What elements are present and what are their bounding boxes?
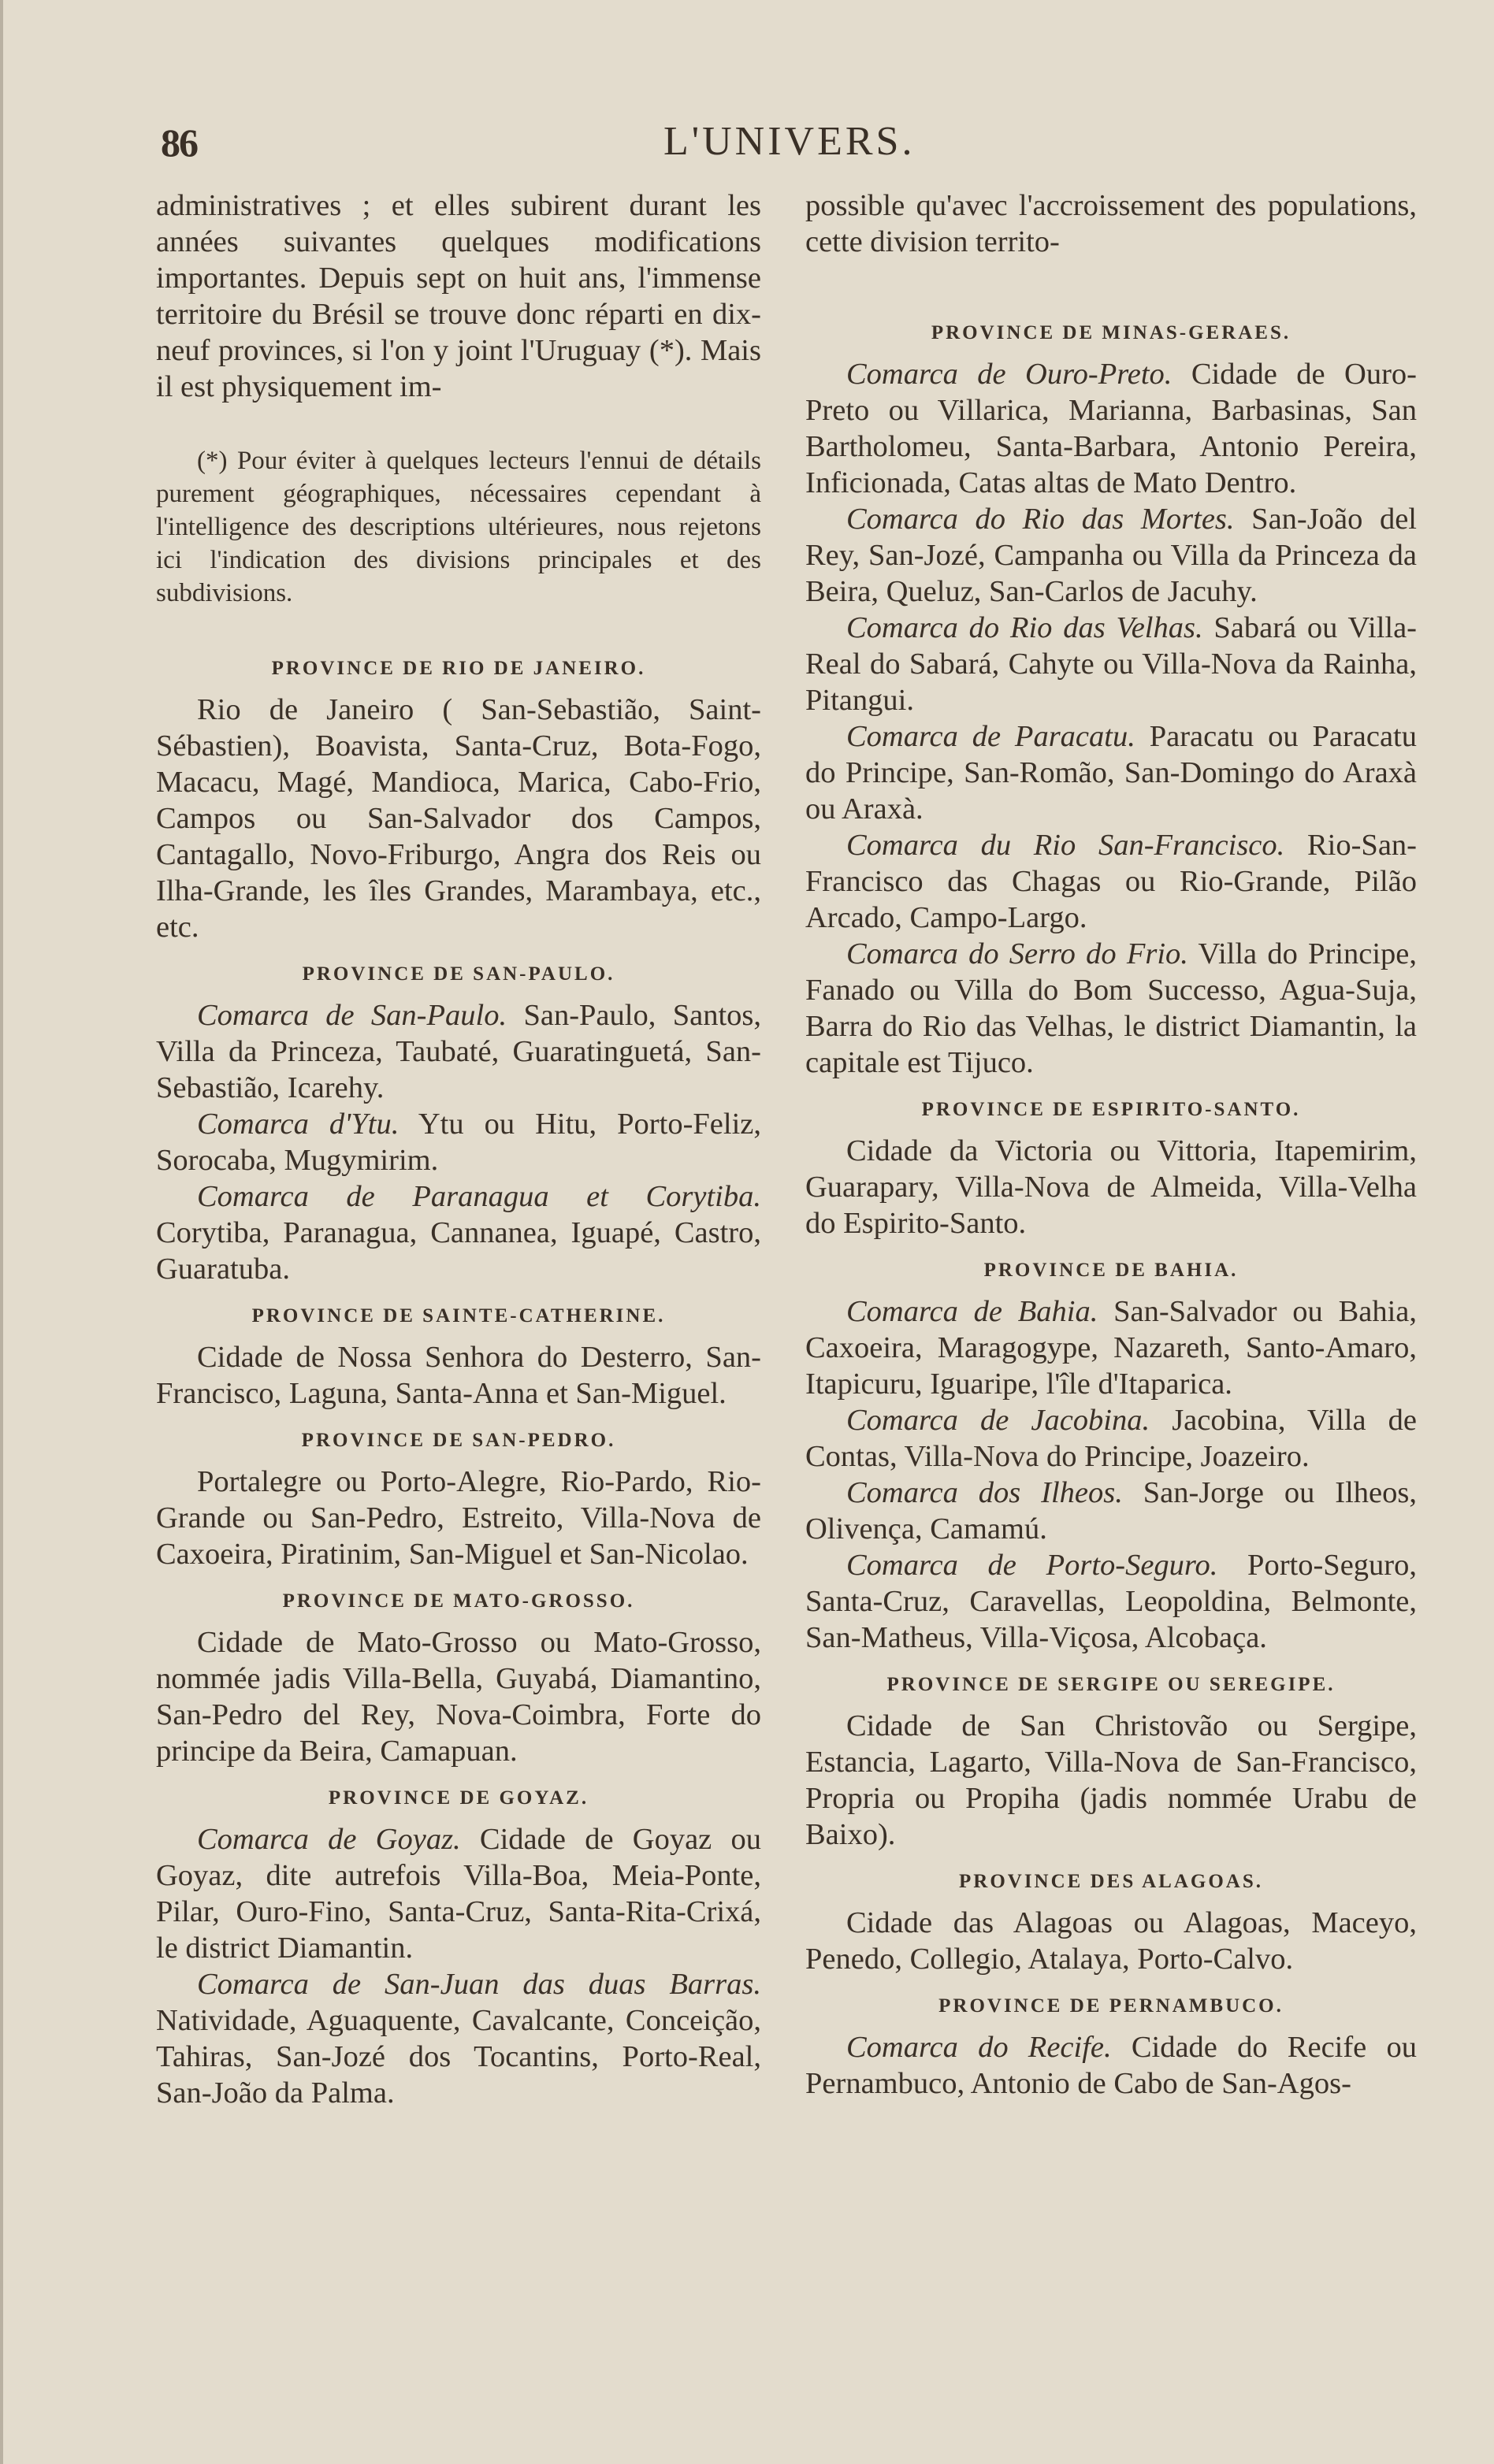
comarca-name: Comarca dos Ilheos. — [846, 1476, 1123, 1509]
province-entry: Comarca do Rio das Mortes. San-João del … — [805, 501, 1417, 610]
place-list: Cidade da Victoria ou Vittoria, Itapemir… — [805, 1134, 1417, 1240]
province-entry: Cidade da Victoria ou Vittoria, Itapemir… — [805, 1133, 1417, 1241]
page-edge — [0, 0, 3, 2464]
province-heading: PROVINCE DE ESPIRITO-SANTO. — [805, 1097, 1417, 1123]
comarca-name: Comarca de Jacobina. — [846, 1404, 1150, 1437]
province-entry: Comarca d'Ytu. Ytu ou Hitu, Porto-Feliz,… — [156, 1106, 761, 1178]
place-list: Portalegre ou Porto-Alegre, Rio-Pardo, R… — [156, 1465, 761, 1571]
province-heading: PROVINCE DE GOYAZ. — [156, 1785, 761, 1812]
intro-paragraph: possible qu'avec l'accroissement des pop… — [805, 187, 1417, 260]
province-entry: Comarca do Serro do Frio. Villa do Princ… — [805, 936, 1417, 1081]
left-sections: PROVINCE DE RIO DE JANEIRO.Rio de Janeir… — [156, 655, 761, 2111]
comarca-name: Comarca d'Ytu. — [197, 1108, 399, 1141]
province-entry: Cidade das Alagoas ou Alagoas, Maceyo, P… — [805, 1905, 1417, 1977]
comarca-name: Comarca de Paranagua et Corytiba. — [197, 1180, 761, 1213]
place-list: Cidade de Mato-Grosso ou Mato-Grosso, no… — [156, 1626, 761, 1768]
spacer — [805, 260, 1417, 304]
province-entry: Rio de Janeiro ( San-Sebastião, Saint-Sé… — [156, 692, 761, 945]
province-heading: PROVINCE DE SERGIPE OU SEREGIPE. — [805, 1672, 1417, 1698]
comarca-name: Comarca de San-Juan das duas Barras. — [197, 1968, 761, 2001]
page-number: 86 — [161, 120, 197, 165]
comarca-name: Comarca de Goyaz. — [197, 1823, 461, 1856]
province-heading: PROVINCE DE RIO DE JANEIRO. — [156, 655, 761, 682]
province-heading: PROVINCE DE SAINTE-CATHERINE. — [156, 1303, 761, 1330]
comarca-name: Comarca de Porto-Seguro. — [846, 1549, 1217, 1582]
running-title: L'UNIVERS. — [663, 118, 915, 165]
province-entry: Comarca de Paranagua et Corytiba. Coryti… — [156, 1178, 761, 1287]
province-heading: PROVINCE DE MATO-GROSSO. — [156, 1588, 761, 1615]
province-heading: PROVINCE DE PERNAMBUCO. — [805, 1993, 1417, 2020]
comarca-name: Comarca de San-Paulo. — [197, 999, 507, 1032]
province-entry: Comarca de Bahia. San-Salvador ou Bahia,… — [805, 1293, 1417, 1402]
right-column: possible qu'avec l'accroissement des pop… — [805, 187, 1417, 2102]
province-entry: Comarca de Jacobina. Jacobina, Villa de … — [805, 1402, 1417, 1475]
comarca-name: Comarca do Recife. — [846, 2031, 1112, 2064]
footnote: (*) Pour éviter à quelques lecteurs l'en… — [156, 444, 761, 610]
comarca-name: Comarca do Serro do Frio. — [846, 937, 1188, 970]
place-list: Cidade de Nossa Senhora do Desterro, San… — [156, 1341, 761, 1410]
province-entry: Comarca de Paracatu. Paracatu ou Paracat… — [805, 718, 1417, 827]
province-entry: Cidade de Nossa Senhora do Desterro, San… — [156, 1339, 761, 1412]
place-list: Cidade das Alagoas ou Alagoas, Maceyo, P… — [805, 1906, 1417, 1976]
province-entry: Cidade de Mato-Grosso ou Mato-Grosso, no… — [156, 1624, 761, 1769]
comarca-name: Comarca du Rio San-Francisco. — [846, 829, 1284, 862]
province-heading: PROVINCE DE SAN-PAULO. — [156, 961, 761, 988]
footnote-text: (*) Pour éviter à quelques lecteurs l'en… — [156, 444, 761, 610]
place-list: Cidade de San Christovão ou Sergipe, Est… — [805, 1709, 1417, 1851]
province-entry: Comarca de Goyaz. Cidade de Goyaz ou Goy… — [156, 1821, 761, 1966]
province-entry: Cidade de San Christovão ou Sergipe, Est… — [805, 1708, 1417, 1853]
left-column: administratives ; et elles subirent dura… — [156, 187, 761, 2111]
province-heading: PROVINCE DE MINAS-GERAES. — [805, 320, 1417, 347]
province-heading: PROVINCE DES ALAGOAS. — [805, 1868, 1417, 1895]
province-entry: Portalegre ou Porto-Alegre, Rio-Pardo, R… — [156, 1464, 761, 1572]
comarca-name: Comarca de Bahia. — [846, 1295, 1098, 1328]
place-list: Rio de Janeiro ( San-Sebastião, Saint-Sé… — [156, 693, 761, 944]
place-list: Corytiba, Paranagua, Cannanea, Iguapé, C… — [156, 1216, 761, 1286]
province-entry: Comarca de Ouro-Preto. Cidade de Ouro-Pr… — [805, 356, 1417, 501]
province-entry: Comarca do Recife. Cidade do Recife ou P… — [805, 2029, 1417, 2102]
province-heading: PROVINCE DE BAHIA. — [805, 1257, 1417, 1284]
comarca-name: Comarca de Paracatu. — [846, 720, 1135, 753]
province-entry: Comarca de San-Paulo. San-Paulo, Santos,… — [156, 997, 761, 1106]
intro-paragraph: administratives ; et elles subirent dura… — [156, 187, 761, 405]
comarca-name: Comarca do Rio das Velhas. — [846, 611, 1203, 644]
province-entry: Comarca dos Ilheos. San-Jorge ou Ilheos,… — [805, 1475, 1417, 1547]
place-list: Natividade, Aguaquente, Cavalcante, Conc… — [156, 2004, 761, 2110]
province-heading: PROVINCE DE SAN-PEDRO. — [156, 1427, 761, 1454]
province-entry: Comarca de San-Juan das duas Barras. Nat… — [156, 1966, 761, 2111]
comarca-name: Comarca do Rio das Mortes. — [846, 503, 1235, 536]
province-entry: Comarca de Porto-Seguro. Porto-Seguro, S… — [805, 1547, 1417, 1656]
comarca-name: Comarca de Ouro-Preto. — [846, 358, 1172, 391]
right-sections: PROVINCE DE MINAS-GERAES.Comarca de Ouro… — [805, 320, 1417, 2102]
province-entry: Comarca du Rio San-Francisco. Rio-San-Fr… — [805, 827, 1417, 936]
province-entry: Comarca do Rio das Velhas. Sabará ou Vil… — [805, 610, 1417, 718]
